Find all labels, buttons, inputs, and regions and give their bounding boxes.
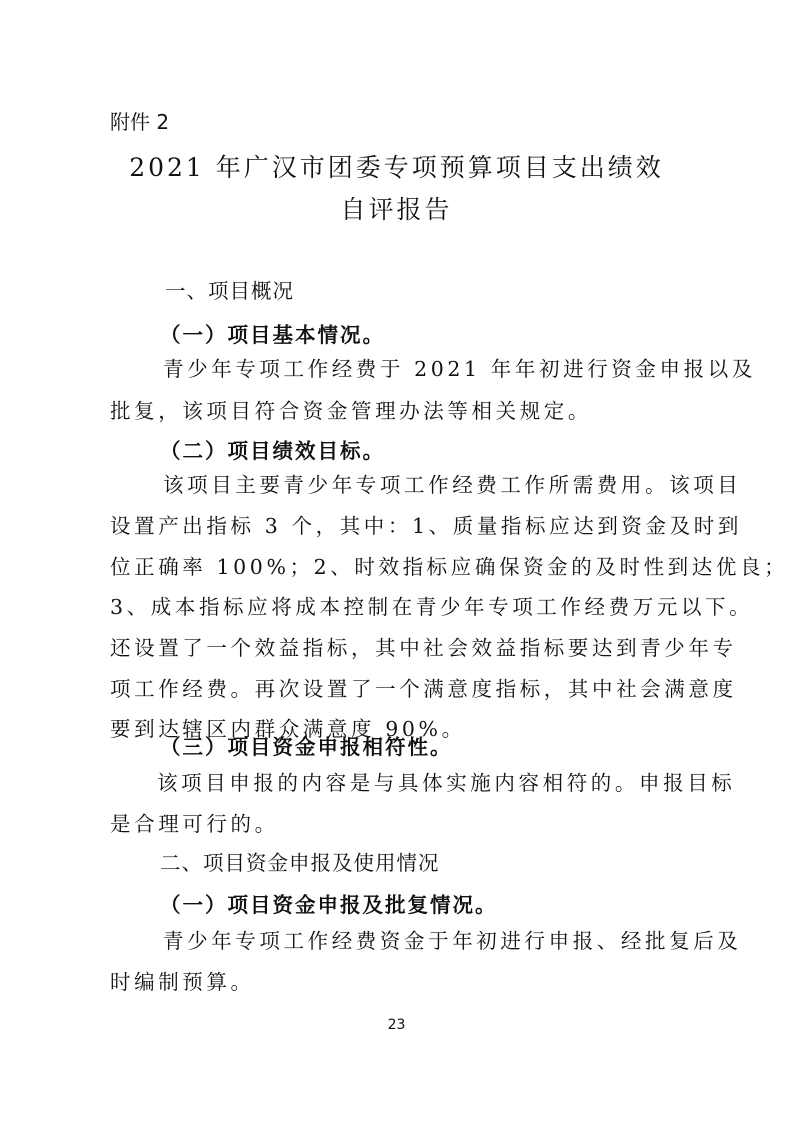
paragraph-line: 设置产出指标 3 个，其中：1、质量指标应达到资金及时到 (110, 509, 742, 539)
paragraph-line: 项工作经费。再次设置了一个满意度指标，其中社会满意度 (110, 672, 737, 702)
section-heading: 一、项目概况 (165, 274, 294, 304)
subsection-heading: （一）项目基本情况。 (160, 318, 385, 348)
page-number: 23 (0, 1017, 793, 1033)
subsection-heading: （一）项目资金申报及批复情况。 (160, 888, 498, 918)
paragraph-line: 还设置了一个效益指标，其中社会效益指标要达到青少年专 (110, 631, 737, 661)
subsection-heading: （三）项目资金申报相符性。 (160, 730, 453, 760)
document-title-line-1: 2021 年广汉市团委专项预算项目支出绩效 (0, 148, 793, 184)
document-title-line-2: 自评报告 (0, 190, 793, 226)
paragraph-line: 是合理可行的。 (110, 807, 279, 837)
paragraph-line: 位正确率 100%；2、时效指标应确保资金的及时性到达优良； (110, 550, 788, 580)
paragraph-line: 3、成本指标应将成本控制在青少年专项工作经费万元以下。 (110, 590, 753, 620)
subsection-heading: （二）项目绩效目标。 (160, 434, 385, 464)
section-heading: 二、项目资金申报及使用情况 (160, 846, 440, 876)
paragraph-line: 青少年专项工作经费资金于年初进行申报、经批复后及 (163, 924, 741, 954)
paragraph-line: 青少年专项工作经费于 2021 年年初进行资金申报以及 (163, 352, 756, 382)
attachment-label: 附件 2 (110, 106, 169, 135)
paragraph-line: 时编制预算。 (110, 965, 255, 995)
paragraph-line: 该项目申报的内容是与具体实施内容相符的。申报目标 (157, 766, 735, 796)
paragraph-line: 该项目主要青少年专项工作经费工作所需费用。该项目 (163, 468, 741, 498)
paragraph-line: 批复，该项目符合资金管理办法等相关规定。 (110, 394, 592, 424)
